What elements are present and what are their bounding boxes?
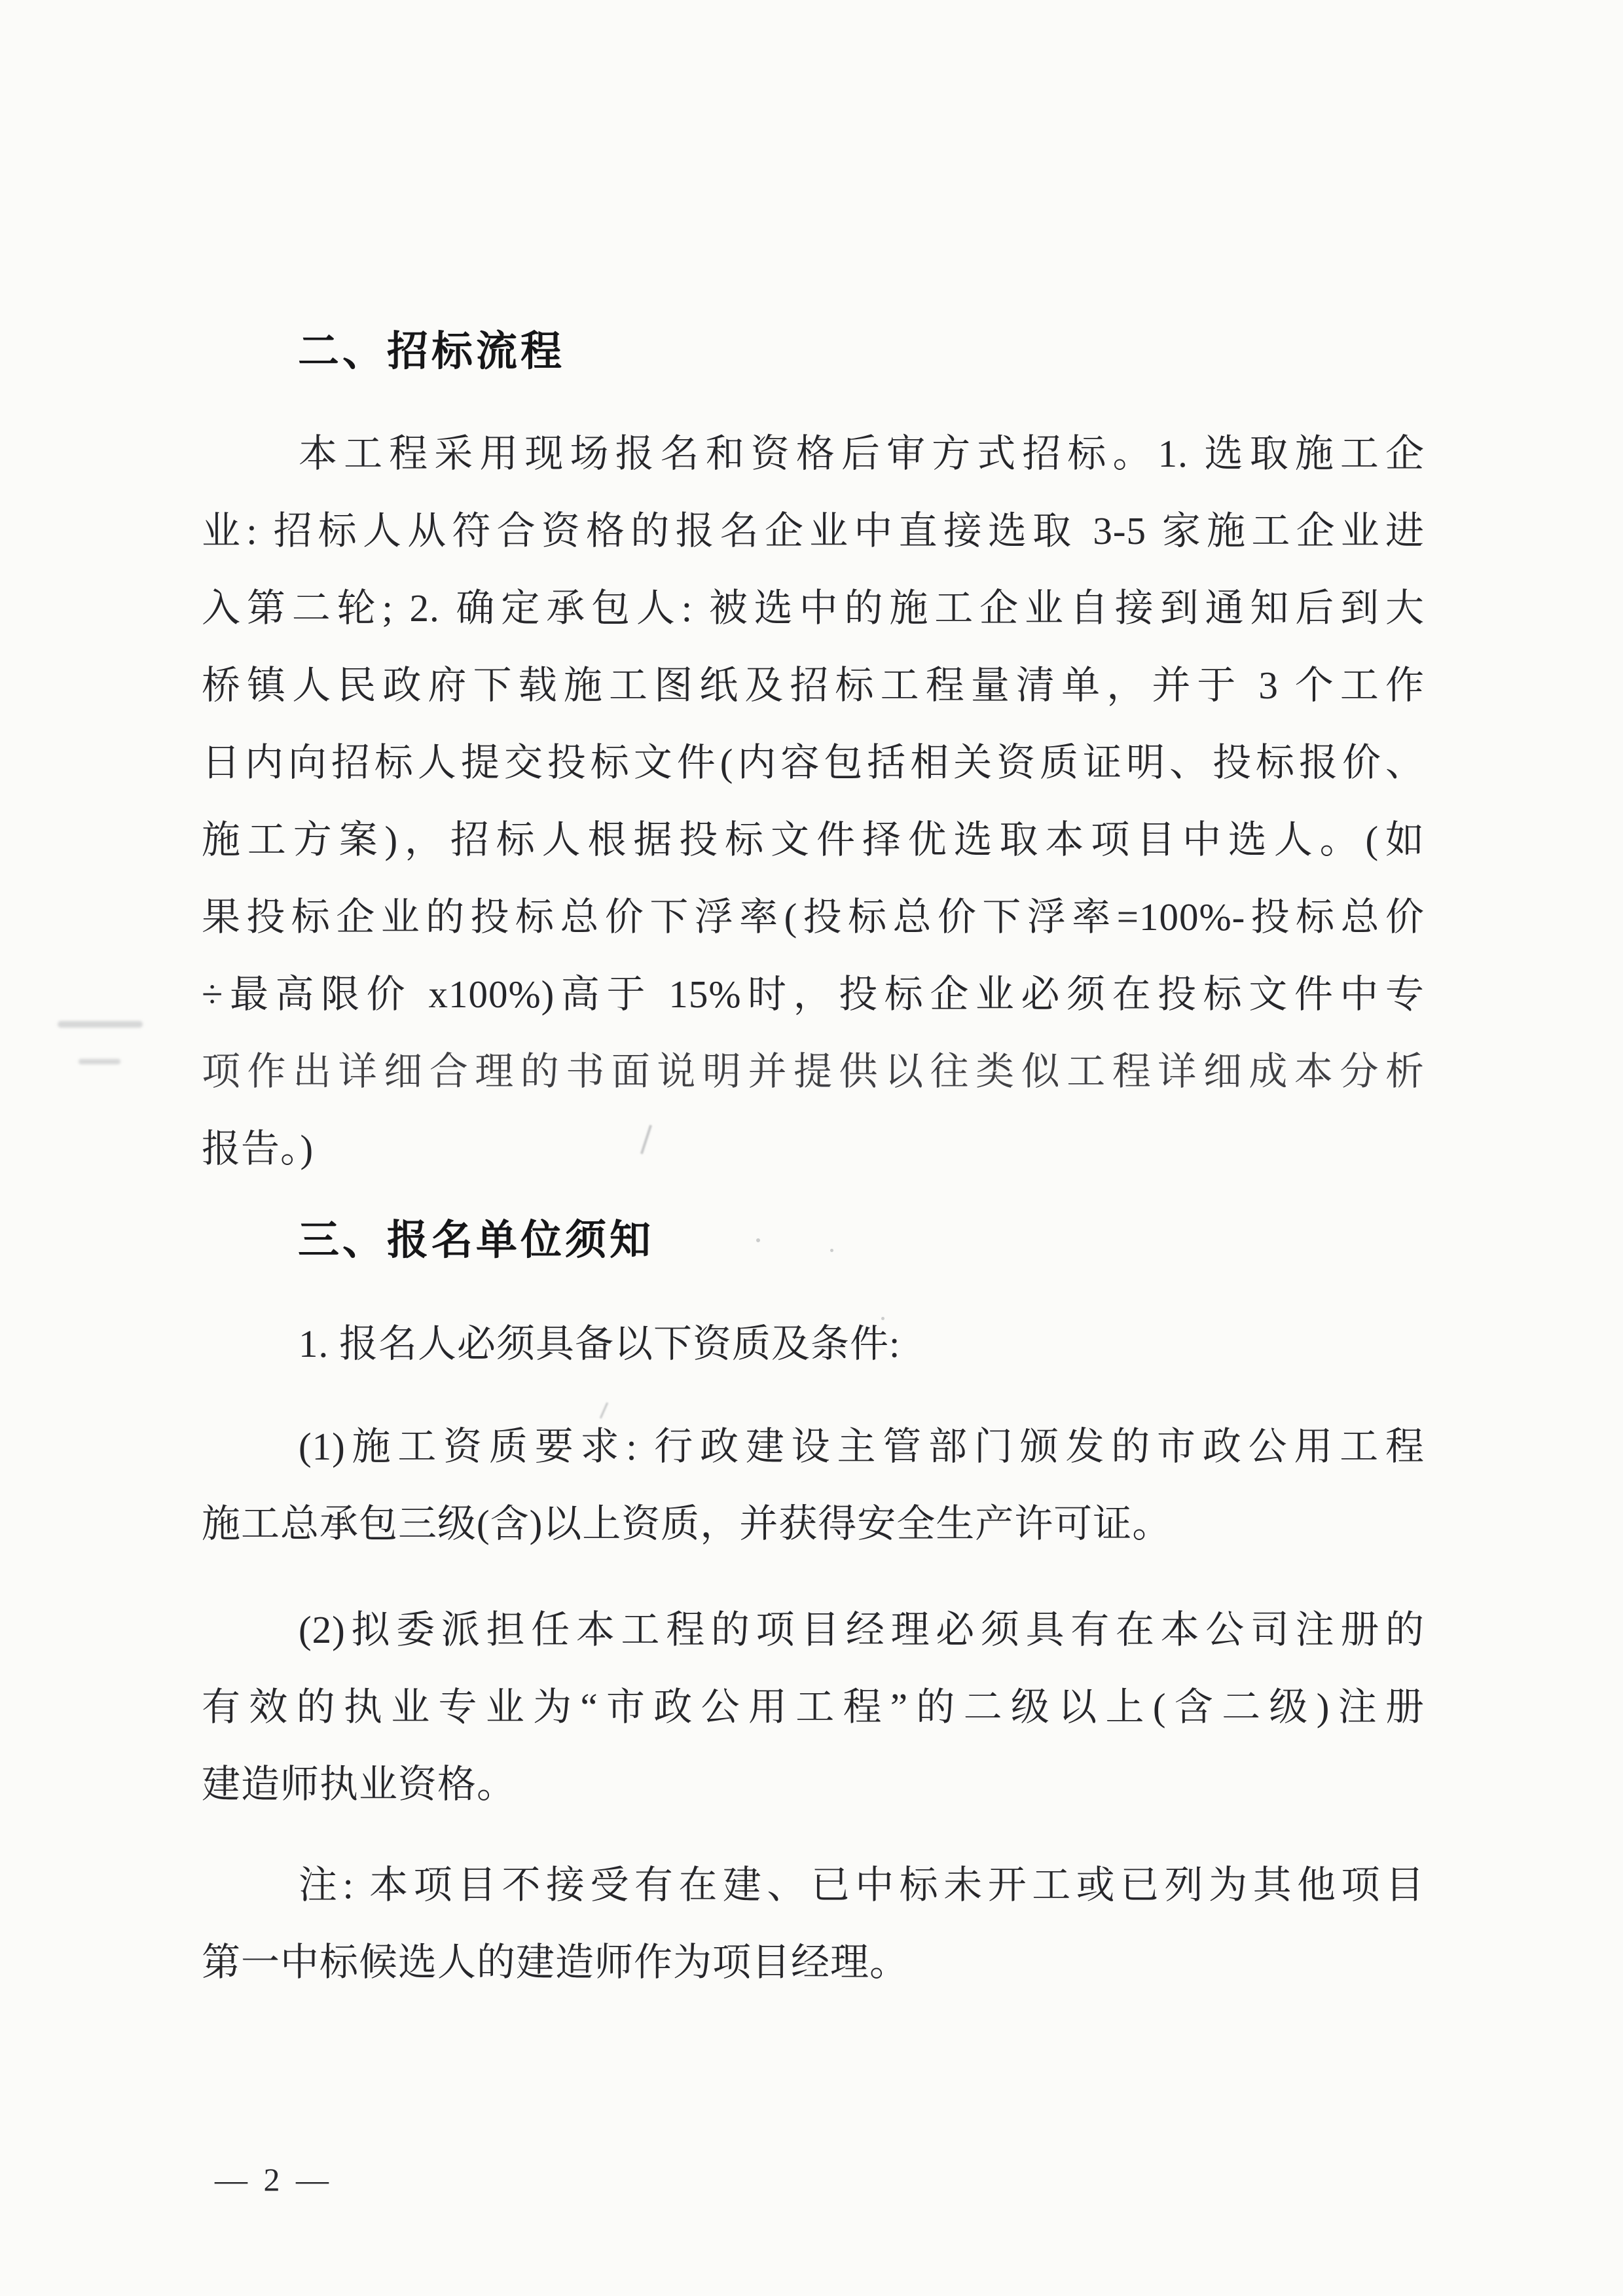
paragraph-line: (2)拟委派担任本工程的项目经理必须具有在本公司注册的 — [202, 1591, 1425, 1668]
paragraph-line: 日内向招标人提交投标文件(内容包括相关资质证明、投标报价、 — [202, 724, 1425, 801]
paragraph-line: 有效的执业专业为“市政公用工程”的二级以上(含二级)注册 — [202, 1668, 1425, 1746]
scan-artifact — [756, 1238, 760, 1242]
scan-artifact — [79, 1059, 120, 1064]
paragraph-line: 建造师执业资格。 — [202, 1746, 1425, 1823]
paragraph-line: 桥镇人民政府下载施工图纸及招标工程量清单，并于 3 个工作 — [202, 647, 1425, 724]
page-number: — 2 — — [215, 2160, 333, 2199]
bidding-process-paragraph: 本工程采用现场报名和资格后审方式招标。1. 选取施工企 业: 招标人从符合资格的… — [202, 415, 1425, 1187]
scan-artifact — [58, 1021, 143, 1028]
paragraph-line: 第一中标候选人的建造师作为项目经理。 — [202, 1924, 1425, 2001]
paragraph-line: 施工总承包三级(含)以上资质，并获得安全生产许可证。 — [202, 1485, 1425, 1562]
paragraph-line: 本工程采用现场报名和资格后审方式招标。1. 选取施工企 — [202, 415, 1425, 492]
paragraph-line: 注: 本项目不接受有在建、已中标未开工或已列为其他项目 — [202, 1846, 1425, 1924]
section-heading-applicant-notes: 三、报名单位须知 — [298, 1214, 654, 1266]
paragraph-line: 报告。) — [202, 1110, 1425, 1187]
paragraph-line: 项作出详细合理的书面说明并提供以往类似工程详细成本分析 — [202, 1033, 1425, 1110]
paragraph-line: (1)施工资质要求: 行政建设主管部门颁发的市政公用工程 — [202, 1408, 1425, 1485]
project-manager-note: 注: 本项目不接受有在建、已中标未开工或已列为其他项目 第一中标候选人的建造师作… — [202, 1846, 1425, 2001]
paragraph-line: 施工方案)，招标人根据投标文件择优选取本项目中选人。(如 — [202, 801, 1425, 878]
paragraph-line: ÷最高限价 x100%)高于 15%时，投标企业必须在投标文件中专 — [202, 956, 1425, 1033]
paragraph-line: 入第二轮; 2. 确定承包人: 被选中的施工企业自接到通知后到大 — [202, 569, 1425, 647]
paragraph-line: 业: 招标人从符合资格的报名企业中直接选取 3-5 家施工企业进 — [202, 492, 1425, 569]
qualification-requirement-2: (2)拟委派担任本工程的项目经理必须具有在本公司注册的 有效的执业专业为“市政公… — [202, 1591, 1425, 1823]
applicant-notes-intro: 1. 报名人必须具备以下资质及条件: — [202, 1305, 1425, 1382]
paragraph-line: 1. 报名人必须具备以下资质及条件: — [202, 1305, 1425, 1382]
section-heading-bidding-process: 二、招标流程 — [298, 325, 565, 378]
scanned-document-page: 二、招标流程 本工程采用现场报名和资格后审方式招标。1. 选取施工企 业: 招标… — [0, 0, 1623, 2296]
paragraph-line: 果投标企业的投标总价下浮率(投标总价下浮率=100%-投标总价 — [202, 878, 1425, 956]
scan-artifact — [830, 1249, 833, 1252]
qualification-requirement-1: (1)施工资质要求: 行政建设主管部门颁发的市政公用工程 施工总承包三级(含)以… — [202, 1408, 1425, 1562]
